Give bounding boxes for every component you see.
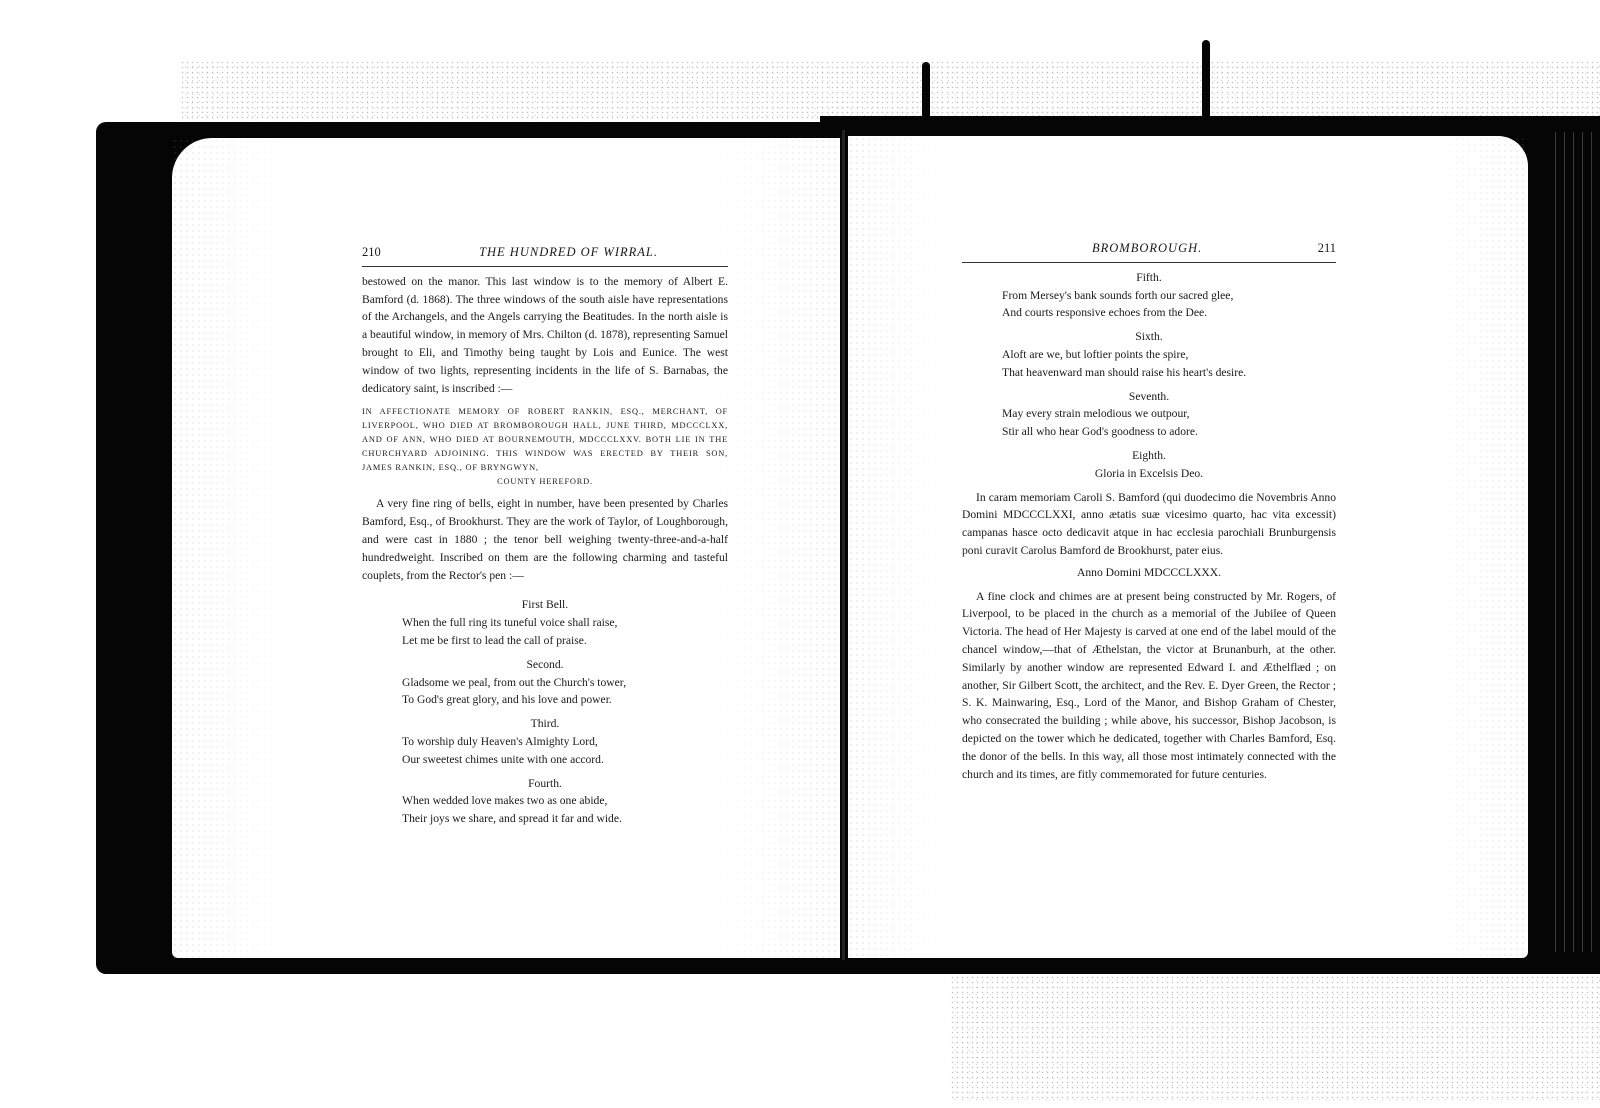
verse: Gladsome we peal, from out the Church's … (362, 674, 728, 710)
verse-line: Let me be first to lead the call of prai… (402, 632, 728, 650)
inscription-text: IN AFFECTIONATE MEMORY OF ROBERT RANKIN,… (362, 407, 728, 472)
verse-heading: Sixth. (962, 328, 1336, 346)
verse-line: Their joys we share, and spread it far a… (402, 810, 728, 828)
page-edges (1550, 132, 1600, 952)
running-title: BROMBOROUGH. (1092, 240, 1202, 258)
scan-noise-bottom (950, 960, 1600, 1100)
right-running-head: BROMBOROUGH. 211 (962, 240, 1336, 263)
verse: When the full ring its tuneful voice sha… (362, 614, 728, 650)
verse-line: From Mersey's bank sounds forth our sacr… (1002, 287, 1336, 305)
verse-line: Our sweetest chimes unite with one accor… (402, 751, 728, 769)
verse-heading: Seventh. (962, 388, 1336, 406)
verse-heading: Eighth. (962, 447, 1336, 465)
bookmark-ribbon-right (1202, 40, 1210, 120)
verse-line: To worship duly Heaven's Almighty Lord, (402, 733, 728, 751)
bookmark-ribbon-left (922, 62, 930, 122)
verse-heading: First Bell. (362, 596, 728, 614)
verse-line: That heavenward man should raise his hea… (1002, 364, 1336, 382)
window-inscription: IN AFFECTIONATE MEMORY OF ROBERT RANKIN,… (362, 405, 728, 489)
verse-heading: Fifth. (962, 269, 1336, 287)
verse: To worship duly Heaven's Almighty Lord,O… (362, 733, 728, 769)
paragraph: A very fine ring of bells, eight in numb… (362, 495, 728, 584)
verse-line: Gloria in Excelsis Deo. (962, 465, 1336, 483)
verse-heading: Second. (362, 656, 728, 674)
book-top-edge (820, 116, 1600, 132)
verse: When wedded love makes two as one abide,… (362, 792, 728, 828)
inscription-last-line: COUNTY HEREFORD. (362, 475, 728, 489)
right-page-text: BROMBOROUGH. 211 Fifth. From Mersey's ba… (962, 240, 1336, 783)
verse-line: To God's great glory, and his love and p… (402, 691, 728, 709)
verse-line: When the full ring its tuneful voice sha… (402, 614, 728, 632)
running-title: THE HUNDRED OF WIRRAL. (479, 244, 658, 262)
verse-heading: Third. (362, 715, 728, 733)
page-number: 211 (1318, 240, 1336, 258)
verse-line: Stir all who hear God's goodness to ador… (1002, 423, 1336, 441)
verse-heading: Fourth. (362, 775, 728, 793)
verse-line: And courts responsive echoes from the De… (1002, 304, 1336, 322)
left-page-text: 210 THE HUNDRED OF WIRRAL. bestowed on t… (362, 244, 728, 828)
book-gutter (842, 130, 845, 960)
verse: From Mersey's bank sounds forth our sacr… (962, 287, 1336, 323)
verse-line: Aloft are we, but loftier points the spi… (1002, 346, 1336, 364)
verse-line: Gladsome we peal, from out the Church's … (402, 674, 728, 692)
left-running-head: 210 THE HUNDRED OF WIRRAL. (362, 244, 728, 267)
paragraph: bestowed on the manor. This last window … (362, 273, 728, 398)
verse-line: May every strain melodious we outpour, (1002, 405, 1336, 423)
page-number: 210 (362, 244, 381, 262)
verse: Aloft are we, but loftier points the spi… (962, 346, 1336, 382)
paragraph: A fine clock and chimes are at present b… (962, 588, 1336, 784)
latin-dedication: In caram memoriam Caroli S. Bamford (qui… (962, 489, 1336, 560)
anno-line: Anno Domini MDCCCLXXX. (962, 564, 1336, 582)
verse-group: Fifth. From Mersey's bank sounds forth o… (962, 269, 1336, 483)
verse: May every strain melodious we outpour,St… (962, 405, 1336, 441)
verse-group: First Bell. When the full ring its tunef… (362, 596, 728, 828)
verse-line: When wedded love makes two as one abide, (402, 792, 728, 810)
